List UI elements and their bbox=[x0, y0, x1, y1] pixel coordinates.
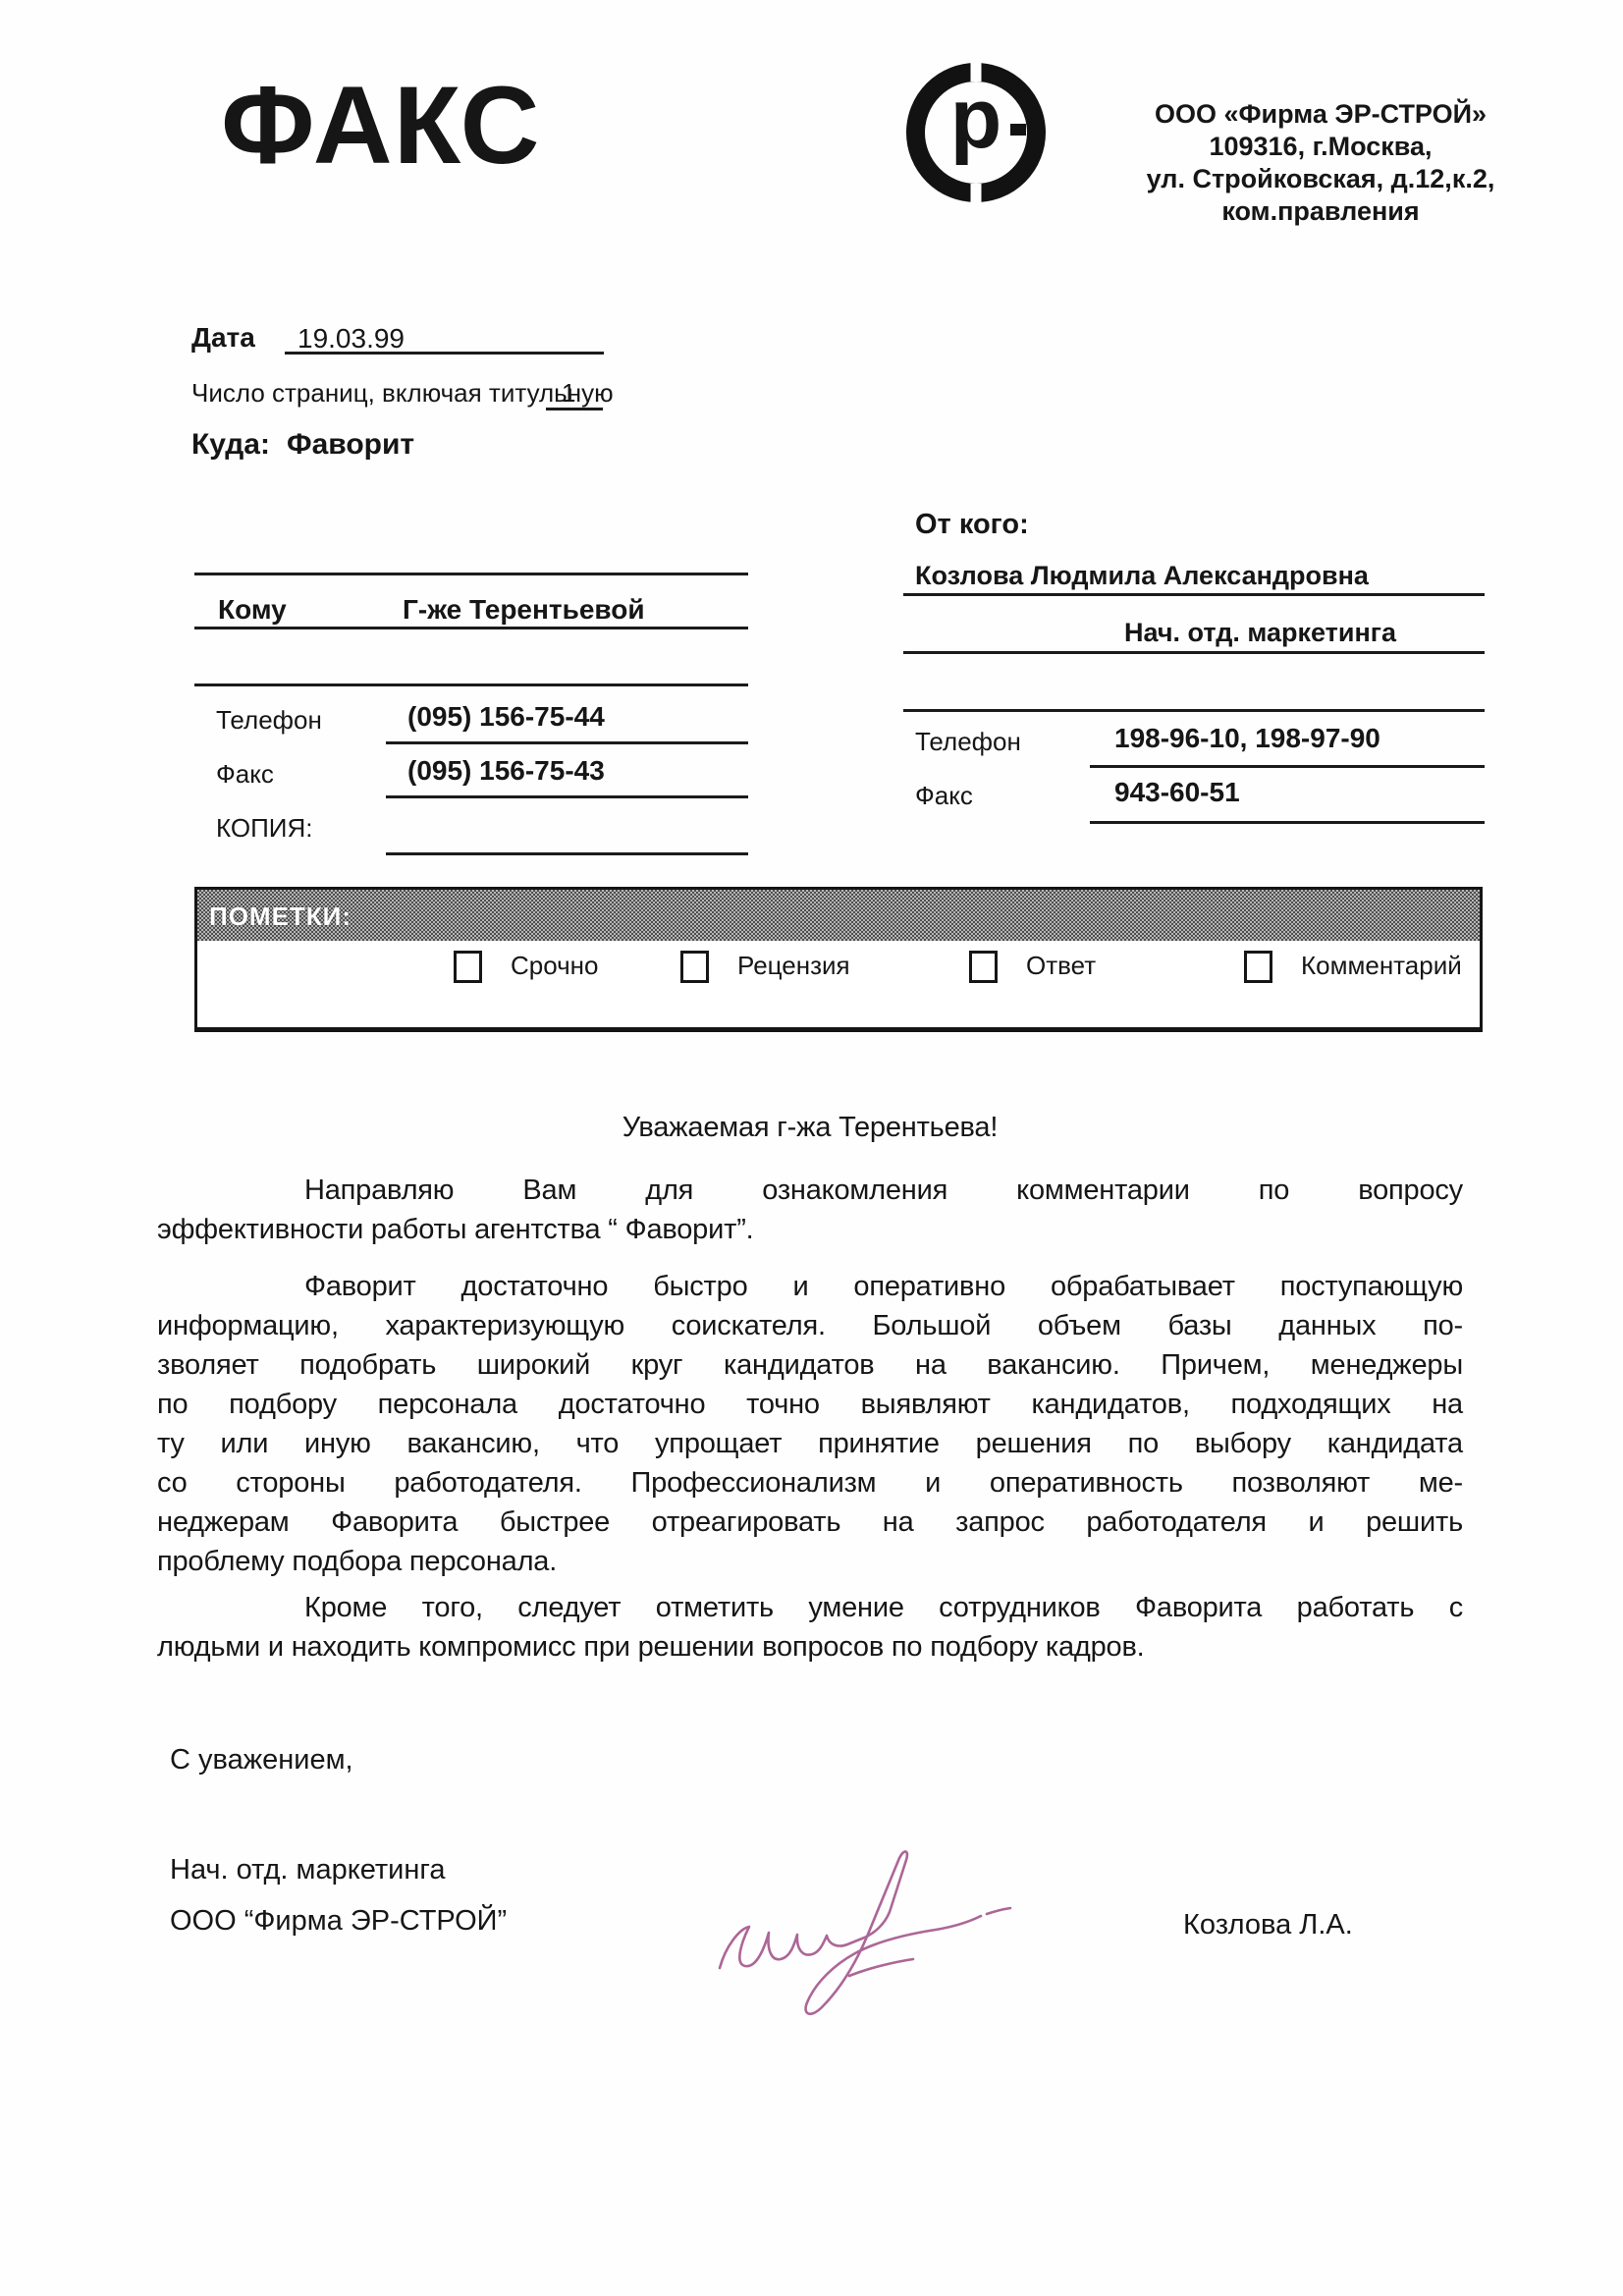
recipient-copy-underline bbox=[386, 852, 748, 855]
sender-position-underline bbox=[903, 651, 1485, 654]
closing-regards: С уважением, bbox=[170, 1744, 353, 1777]
notes-banner: ПОМЕТКИ: bbox=[197, 890, 1480, 941]
company-address-block: ООО «Фирма ЭР-СТРОЙ» 109316, г.Москва, у… bbox=[1134, 98, 1507, 228]
closing-position: Нач. отд. маркетинга bbox=[170, 1854, 445, 1886]
sender-name-underline bbox=[903, 593, 1485, 596]
letter-paragraph-2: Фаворит достаточно быстро и оперативно о… bbox=[157, 1267, 1463, 1581]
notes-box: ПОМЕТКИ: Срочно Рецензия Ответ Комментар… bbox=[194, 887, 1483, 1032]
notes-banner-label: ПОМЕТКИ: bbox=[209, 902, 352, 932]
to-value: Фаворит bbox=[287, 428, 414, 462]
recipient-fax-value: (095) 156-75-43 bbox=[407, 755, 605, 787]
date-value: 19.03.99 bbox=[298, 323, 405, 355]
sender-fax-value: 943-60-51 bbox=[1114, 777, 1240, 808]
company-name: ООО «Фирма ЭР-СТРОЙ» bbox=[1134, 98, 1507, 131]
sender-from-label: От кого: bbox=[915, 509, 1029, 541]
logo-dash bbox=[1010, 124, 1026, 136]
checkbox-reply-label: Ответ bbox=[1026, 951, 1096, 981]
closing-signer-name: Козлова Л.А. bbox=[1183, 1909, 1353, 1941]
recipient-fax-label: Факс bbox=[216, 759, 274, 790]
letter-paragraph-1: Направляю Вам для ознакомления комментар… bbox=[157, 1171, 1463, 1249]
company-street: ул. Стройковская, д.12,к.2, bbox=[1134, 163, 1507, 195]
checkbox-comment-label: Комментарий bbox=[1301, 951, 1462, 981]
company-room: ком.правления bbox=[1134, 195, 1507, 228]
letter-line: Направляю Вам для ознакомления комментар… bbox=[157, 1171, 1463, 1210]
checkbox-urgent[interactable] bbox=[454, 951, 482, 983]
recipient-phone-underline bbox=[386, 741, 748, 744]
letter-line: по подбору персонала достаточно точно вы… bbox=[157, 1385, 1463, 1424]
letter-line: информацию, характеризующую соискателя. … bbox=[157, 1306, 1463, 1345]
checkbox-urgent-label: Срочно bbox=[511, 951, 599, 981]
recipient-copy-label: КОПИЯ: bbox=[216, 813, 312, 844]
pages-label: Число страниц, включая титульную bbox=[191, 378, 614, 409]
date-label: Дата bbox=[191, 322, 255, 354]
recipient-phone-value: (095) 156-75-44 bbox=[407, 701, 605, 733]
sender-position: Нач. отд. маркетинга bbox=[1124, 618, 1396, 648]
company-zip-city: 109316, г.Москва, bbox=[1134, 131, 1507, 163]
letter-paragraph-3: Кроме того, следует отметить умение сотр… bbox=[157, 1588, 1463, 1667]
recipient-person-underline bbox=[194, 627, 748, 629]
sender-rule-mid bbox=[903, 709, 1485, 712]
sender-phone-value: 198-96-10, 198-97-90 bbox=[1114, 723, 1380, 754]
letter-line: ту или иную вакансию, что упрощает приня… bbox=[157, 1424, 1463, 1463]
sender-phone-label: Телефон bbox=[915, 727, 1021, 757]
letter-salutation: Уважаемая г-жа Терентьева! bbox=[157, 1108, 1463, 1147]
sender-fax-underline bbox=[1090, 821, 1485, 824]
logo-letter: р bbox=[906, 77, 1046, 161]
sender-phone-underline bbox=[1090, 765, 1485, 768]
handwritten-signature bbox=[702, 1819, 1026, 2054]
letter-line: людьми и находить компромисс при решении… bbox=[157, 1627, 1463, 1667]
recipient-rule-top bbox=[194, 573, 748, 575]
to-label: Куда: bbox=[191, 428, 270, 462]
checkbox-review-label: Рецензия bbox=[737, 951, 850, 981]
logo-gap-bottom bbox=[971, 184, 982, 204]
letter-line: со стороны работодателя. Профессионализм… bbox=[157, 1463, 1463, 1503]
closing-company: ООО “Фирма ЭР-СТРОЙ” bbox=[170, 1905, 507, 1938]
logo-gap-top bbox=[971, 61, 982, 82]
letter-line: Фаворит достаточно быстро и оперативно о… bbox=[157, 1267, 1463, 1306]
letter-line: зволяет подобрать широкий круг кандидато… bbox=[157, 1345, 1463, 1385]
date-underline bbox=[285, 352, 604, 355]
company-logo-icon: р bbox=[906, 63, 1046, 202]
letter-line: Кроме того, следует отметить умение сотр… bbox=[157, 1588, 1463, 1627]
recipient-person-value: Г-же Терентьевой bbox=[403, 594, 645, 626]
pages-underline bbox=[546, 408, 603, 410]
sender-name: Козлова Людмила Александровна bbox=[915, 561, 1369, 591]
recipient-person-label: Кому bbox=[218, 594, 287, 626]
sender-fax-label: Факс bbox=[915, 781, 973, 811]
recipient-phone-label: Телефон bbox=[216, 705, 322, 736]
fax-cover-sheet: ФАКС р ООО «Фирма ЭР-СТРОЙ» 109316, г.Мо… bbox=[0, 0, 1623, 2296]
checkbox-reply[interactable] bbox=[969, 951, 998, 983]
recipient-rule-mid bbox=[194, 683, 748, 686]
letter-line: неджерам Фаворита быстрее отреагировать … bbox=[157, 1503, 1463, 1542]
checkbox-review[interactable] bbox=[680, 951, 709, 983]
recipient-fax-underline bbox=[386, 795, 748, 798]
checkbox-comment[interactable] bbox=[1244, 951, 1272, 983]
letter-line: проблему подбора персонала. bbox=[157, 1542, 1463, 1581]
letter-line: эффективности работы агентства “ Фаворит… bbox=[157, 1210, 1463, 1249]
fax-title: ФАКС bbox=[221, 71, 540, 181]
pages-value: 1 bbox=[562, 378, 575, 409]
